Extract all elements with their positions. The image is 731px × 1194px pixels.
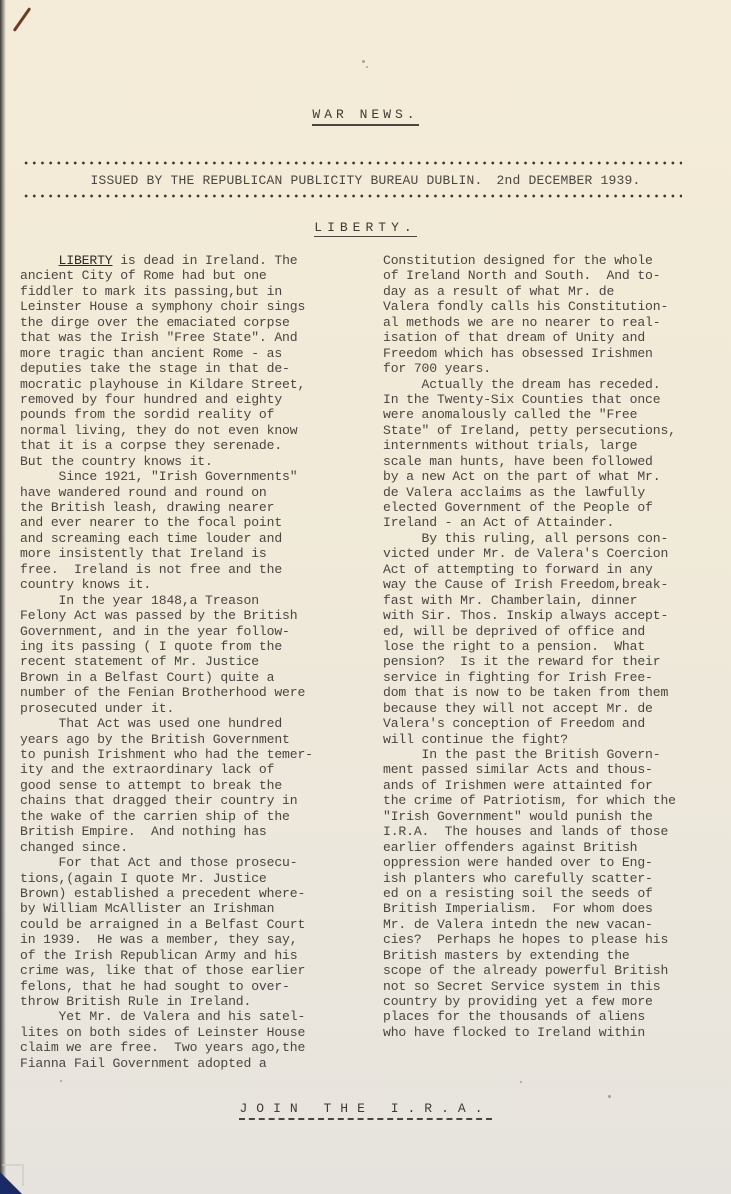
text-line: who have flocked to Ireland within: [383, 1025, 676, 1040]
text-line: by William McAllister an Irishman: [20, 901, 313, 916]
text-line: Fianna Fail Government adopted a: [20, 1056, 313, 1071]
text-line: not so Secret Service system in this: [383, 979, 676, 994]
ink-speck: [366, 66, 368, 68]
text-line: Felony Act was passed by the British: [20, 608, 313, 623]
text-line: internments without trials, large: [383, 438, 676, 453]
text-line: earlier offenders against British: [383, 840, 676, 855]
text-line: ancient City of Rome had but one: [20, 268, 313, 283]
text-line: the dirge over the emaciated corpse: [20, 315, 313, 330]
text-line: Actually the dream has receded.: [383, 377, 676, 392]
issued-by: ISSUED BY THE REPUBLICAN PUBLICITY BUREA…: [90, 173, 482, 188]
text-line: way the Cause of Irish Freedom,break-: [383, 577, 676, 592]
text-line: State" of Ireland, petty persecutions,: [383, 423, 676, 438]
footer-slogan: JOIN THE I.R.A.: [0, 1101, 731, 1116]
text-line: chains that dragged their country in: [20, 793, 313, 808]
text-line: tions,(again I quote Mr. Justice: [20, 871, 313, 886]
footer-slogan-text: JOIN THE I.R.A.: [239, 1101, 491, 1120]
issue-date: 2nd DECEMBER 1939.: [497, 173, 641, 188]
text-line: country by providing yet a few more: [383, 994, 676, 1009]
text-line: by a new Act on the part of what Mr.: [383, 469, 676, 484]
dotted-rule-bottom: [22, 194, 682, 198]
text-line: ity and the extraordinary lack of: [20, 762, 313, 777]
text-line: isation of that dream of Unity and: [383, 330, 676, 345]
masthead-title: WAR NEWS.: [312, 107, 418, 126]
text-line: the wake of the carrien ship of the: [20, 809, 313, 824]
text-line: LIBERTY is dead in Ireland. The: [20, 253, 313, 268]
text-line: In the Twenty-Six Counties that once: [383, 392, 676, 407]
text-line: to punish Irishment who had the temer-: [20, 747, 313, 762]
text-line: day as a result of what Mr. de: [383, 284, 676, 299]
masthead: WAR NEWS.: [0, 107, 731, 122]
text-line: lites on both sides of Leinster House: [20, 1025, 313, 1040]
text-line: changed since.: [20, 840, 313, 855]
text-line: Valera's conception of Freedom and: [383, 716, 676, 731]
text-line: mocratic playhouse in Kildare Street,: [20, 377, 313, 392]
text-line: ment passed similar Acts and thous-: [383, 762, 676, 777]
issued-line: ISSUED BY THE REPUBLICAN PUBLICITY BUREA…: [0, 173, 731, 188]
text-line: more tragic than ancient Rome - as: [20, 346, 313, 361]
text-line: Government, and in the year follow-: [20, 624, 313, 639]
text-line: Yet Mr. de Valera and his satel-: [20, 1009, 313, 1024]
text-line: In the year 1848,a Treason: [20, 593, 313, 608]
right-column: Constitution designed for the wholeof Ir…: [383, 253, 676, 1040]
text-line: ands of Irishmen were attainted for: [383, 778, 676, 793]
text-line: scope of the already powerful British: [383, 963, 676, 978]
text-line: In the past the British Govern-: [383, 747, 676, 762]
rust-stain: [13, 7, 32, 32]
text-line: Act of attempting to forward in any: [383, 562, 676, 577]
text-line: That Act was used one hundred: [20, 716, 313, 731]
typewritten-page: WAR NEWS. ISSUED BY THE REPUBLICAN PUBLI…: [0, 0, 731, 1194]
text-line: Mr. de Valera intedn the new vacan-: [383, 917, 676, 932]
text-line: have wandered round and round on: [20, 485, 313, 500]
ink-speck: [520, 1081, 522, 1083]
text-line: Leinster House a symphony choir sings: [20, 299, 313, 314]
text-line: normal living, they do not even know: [20, 423, 313, 438]
text-line: of Ireland North and South. And to-: [383, 268, 676, 283]
section-title-text: LIBERTY.: [314, 220, 416, 237]
backdrop-corner: [0, 1172, 22, 1194]
text-line: free. Ireland is not free and the: [20, 562, 313, 577]
text-line: felons, that he had sought to over-: [20, 979, 313, 994]
text-line: more insistently that Ireland is: [20, 546, 313, 561]
text-line: could be arraigned in a Belfast Court: [20, 917, 313, 932]
text-line: elected Government of the People of: [383, 500, 676, 515]
text-line: Ireland - an Act of Attainder.: [383, 515, 676, 530]
text-line: that it is a corpse they serenade.: [20, 438, 313, 453]
text-line: good sense to attempt to break the: [20, 778, 313, 793]
text-line: and ever nearer to the focal point: [20, 515, 313, 530]
text-line: recent statement of Mr. Justice: [20, 654, 313, 669]
text-line: Freedom which has obsessed Irishmen: [383, 346, 676, 361]
text-line: crime was, like that of those earlier: [20, 963, 313, 978]
text-line: fiddler to mark its passing,but in: [20, 284, 313, 299]
text-line: service in fighting for Irish Free-: [383, 670, 676, 685]
text-line: dom that is now to be taken from them: [383, 685, 676, 700]
left-column: LIBERTY is dead in Ireland. Theancient C…: [20, 253, 313, 1071]
ink-speck: [608, 1095, 611, 1098]
text-line: pounds from the sordid reality of: [20, 407, 313, 422]
text-line: Valera fondly calls his Constitution-: [383, 299, 676, 314]
text-line: deputies take the stage in that de-: [20, 361, 313, 376]
ink-speck: [60, 1080, 62, 1082]
text-line: pension? Is it the reward for their: [383, 654, 676, 669]
text-line: de Valera acclaims as the lawfully: [383, 485, 676, 500]
text-line: were anomalously called the "Free: [383, 407, 676, 422]
dotted-rule-top: [22, 161, 682, 165]
text-line: lose the right to a pension. What: [383, 639, 676, 654]
text-line: British Imperialism. For whom does: [383, 901, 676, 916]
section-title: LIBERTY.: [0, 220, 731, 235]
text-line: will continue the fight?: [383, 732, 676, 747]
text-line: years ago by the British Government: [20, 732, 313, 747]
text-line: But the country knows it.: [20, 454, 313, 469]
text-line: with Sir. Thos. Inskip always accept-: [383, 608, 676, 623]
ink-speck: [362, 60, 365, 63]
text-line: scale man hunts, have been followed: [383, 454, 676, 469]
text-line: cies? Perhaps he hopes to please his: [383, 932, 676, 947]
text-line: because they will not accept Mr. de: [383, 701, 676, 716]
text-line: ing its passing ( I quote from the: [20, 639, 313, 654]
text-line: claim we are free. Two years ago,the: [20, 1040, 313, 1055]
text-line: fast with Mr. Chamberlain, dinner: [383, 593, 676, 608]
text-line: oppression were handed over to Eng-: [383, 855, 676, 870]
text-line: ed on a resisting soil the seeds of: [383, 886, 676, 901]
text-line: throw British Rule in Ireland.: [20, 994, 313, 1009]
text-line: the crime of Patriotism, for which the: [383, 793, 676, 808]
text-line: of the Irish Republican Army and his: [20, 948, 313, 963]
lead-word: LIBERTY: [59, 253, 113, 268]
text-line: victed under Mr. de Valera's Coercion: [383, 546, 676, 561]
text-line: I.R.A. The houses and lands of those: [383, 824, 676, 839]
text-line: British Empire. And nothing has: [20, 824, 313, 839]
text-line: for 700 years.: [383, 361, 676, 376]
text-line: "Irish Government" would punish the: [383, 809, 676, 824]
text-line: Since 1921, "Irish Governments": [20, 469, 313, 484]
text-line: By this ruling, all persons con-: [383, 531, 676, 546]
text-line: country knows it.: [20, 577, 313, 592]
text-line: Brown in a Belfast Court) quite a: [20, 670, 313, 685]
text-line: British masters by extending the: [383, 948, 676, 963]
text-line: number of the Fenian Brotherhood were: [20, 685, 313, 700]
text-line: places for the thousands of aliens: [383, 1009, 676, 1024]
text-line: ish planters who carefully scatter-: [383, 871, 676, 886]
text-line: Brown) established a precedent where-: [20, 886, 313, 901]
text-line: Constitution designed for the whole: [383, 253, 676, 268]
text-line: ed, will be deprived of office and: [383, 624, 676, 639]
text-line: prosecuted under it.: [20, 701, 313, 716]
text-line: the British leash, drawing nearer: [20, 500, 313, 515]
text-line: al methods we are no nearer to real-: [383, 315, 676, 330]
text-line: that was the Irish "Free State". And: [20, 330, 313, 345]
text-line: removed by four hundred and eighty: [20, 392, 313, 407]
text-line: in 1939. He was a member, they say,: [20, 932, 313, 947]
text-line: and screaming each time louder and: [20, 531, 313, 546]
text-line: For that Act and those prosecu-: [20, 855, 313, 870]
